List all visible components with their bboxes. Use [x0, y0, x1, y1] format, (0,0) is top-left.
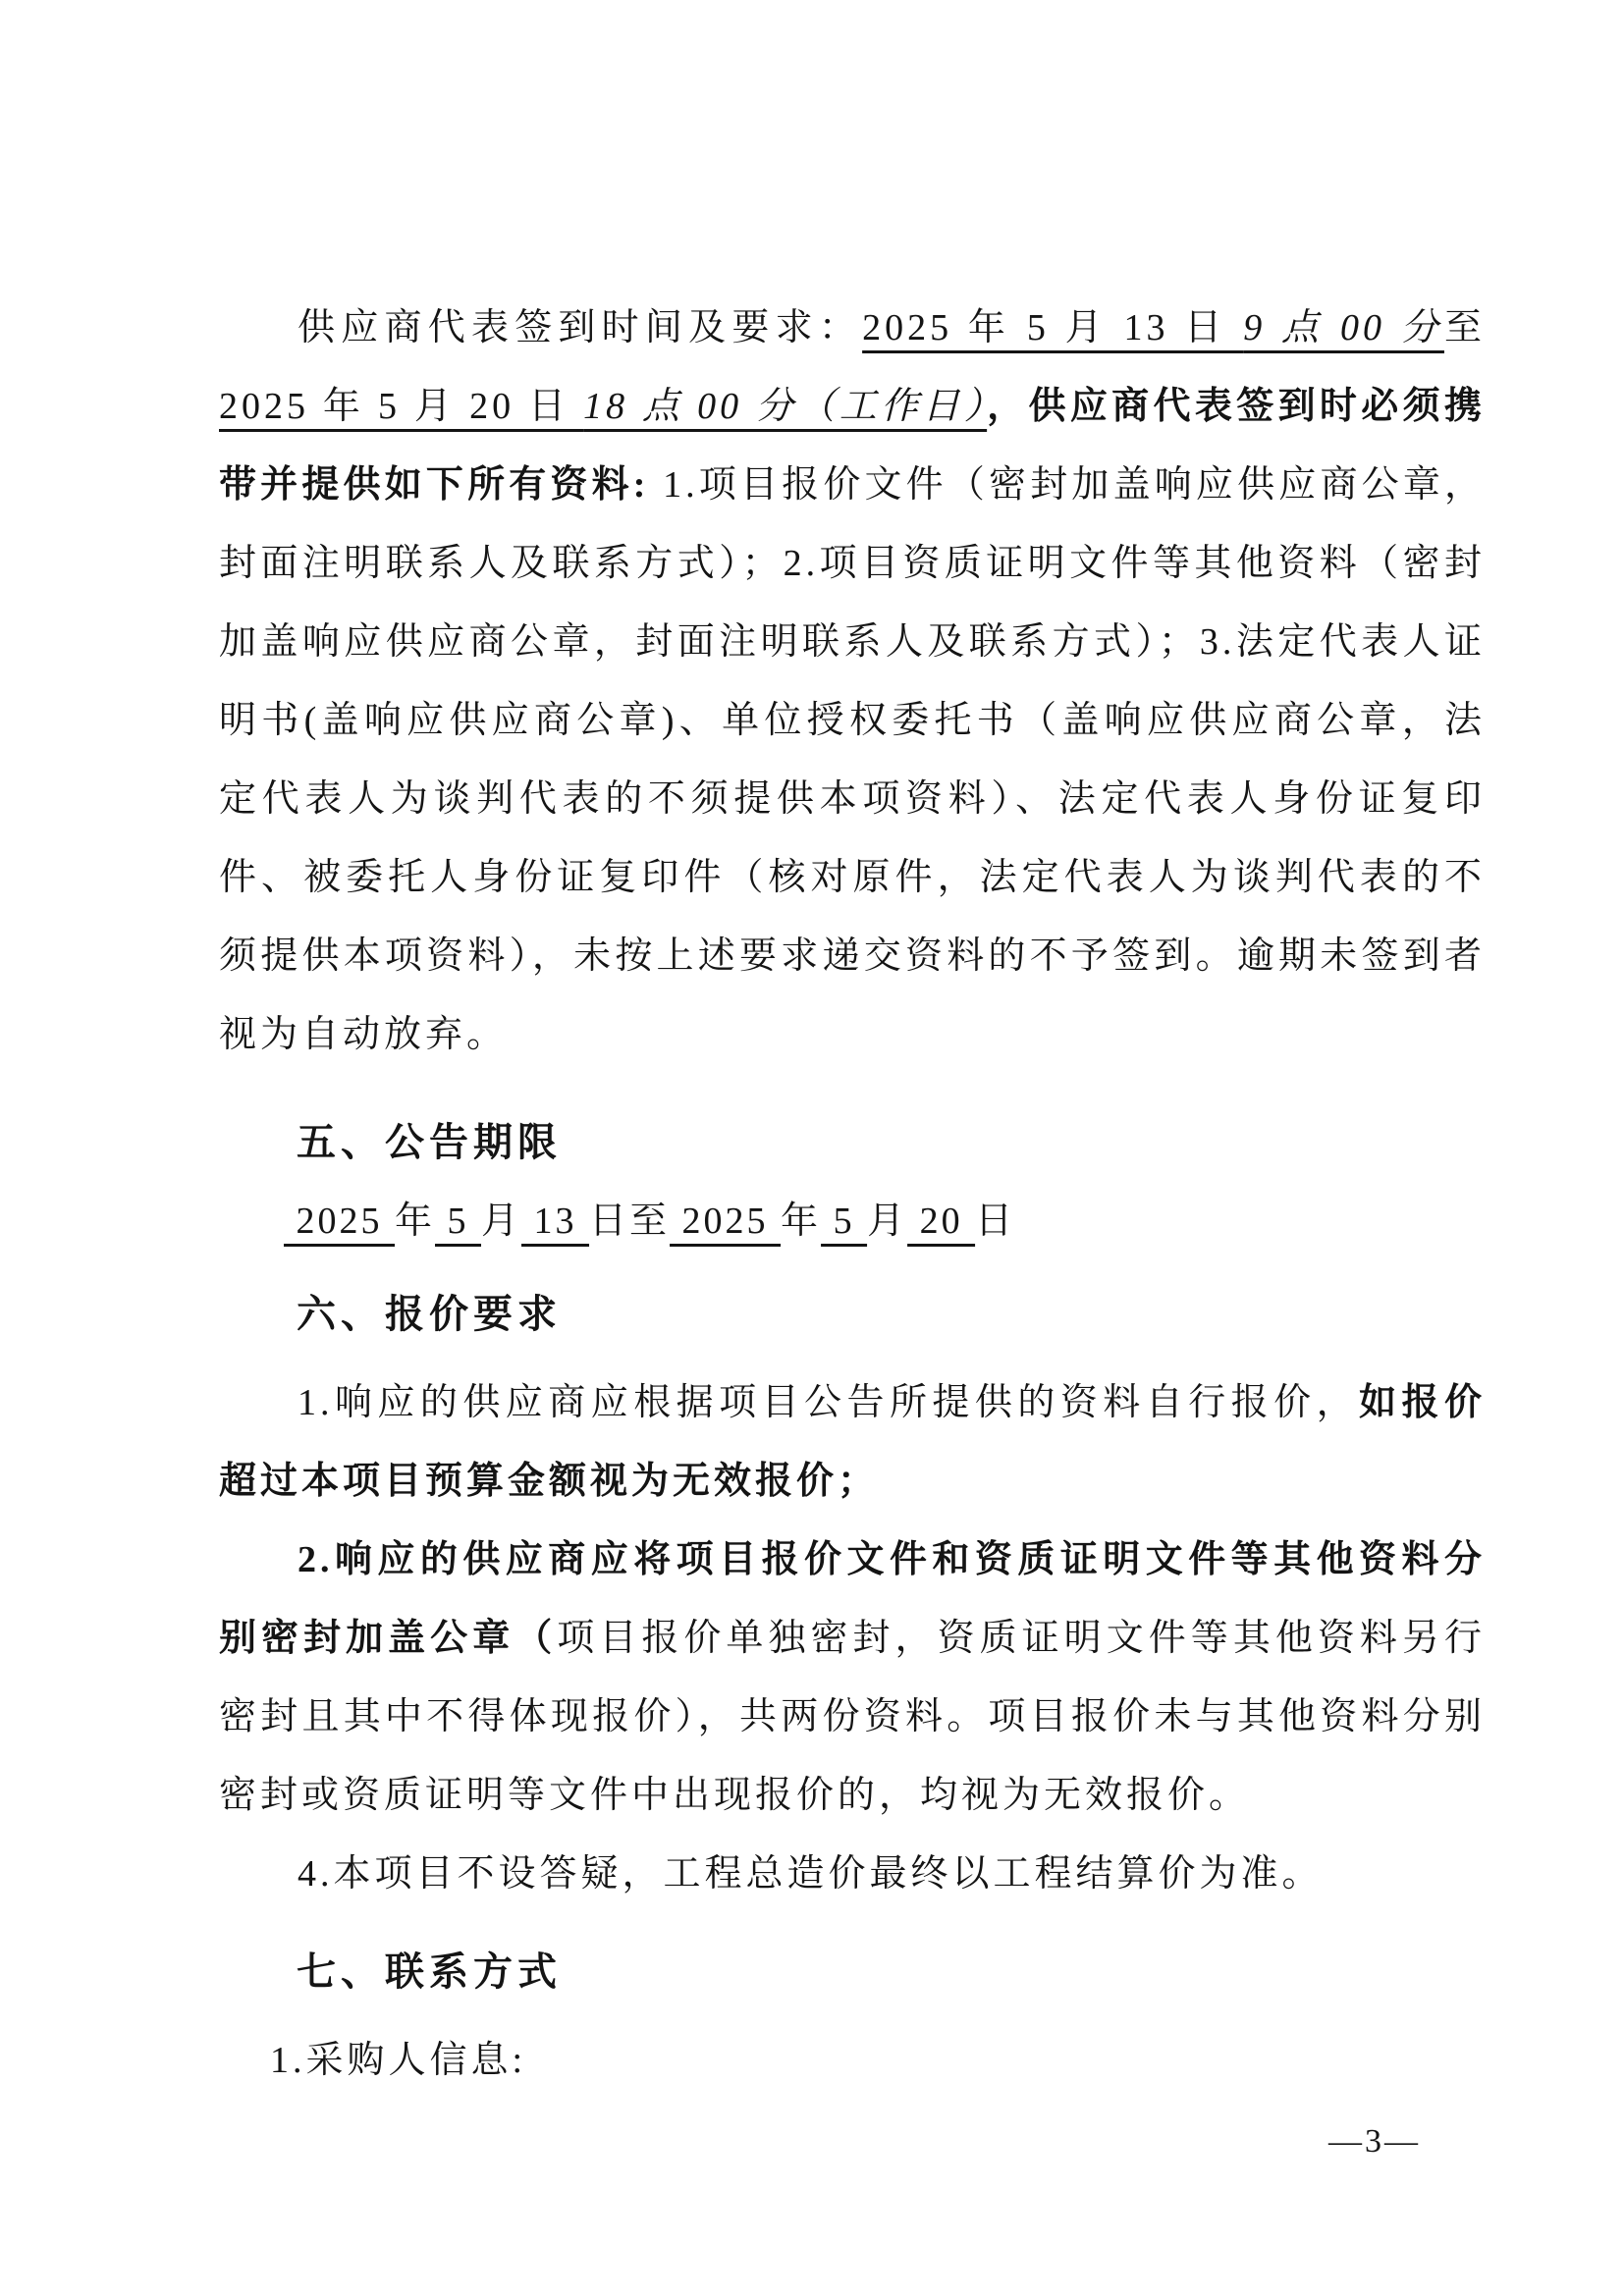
text-run: 1.响应的供应商应根据项目公告所提供的资料自行报价， — [298, 1382, 1359, 1423]
text-run: 供应商代表签到时间及要求： — [298, 307, 862, 348]
text-run: 1.项目报价文件（密封加盖响应供应商公章，封面注明联系人及联系方式）；2.项目资… — [219, 464, 1486, 1055]
text-run: 2025 年 5 月 13 日 — [862, 307, 1243, 348]
text-run: 20 — [907, 1201, 975, 1242]
text-run: 日至 — [589, 1201, 670, 1242]
paragraph-quotation-item1: 1.响应的供应商应根据项目公告所提供的资料自行报价，如报价超过本项目预算金额视为… — [219, 1363, 1486, 1521]
paragraph-signin-requirements: 供应商代表签到时间及要求：2025 年 5 月 13 日 9 点 00 分至20… — [219, 289, 1486, 1074]
section-heading-contact-info: 七、联系方式 — [219, 1933, 1486, 2011]
section-heading-announcement-period: 五、公告期限 — [219, 1103, 1486, 1182]
text-run: 日 — [975, 1201, 1015, 1242]
document-page: 供应商代表签到时间及要求：2025 年 5 月 13 日 9 点 00 分至20… — [0, 0, 1624, 2296]
text-run: 年 — [395, 1201, 435, 1242]
document-content: 供应商代表签到时间及要求：2025 年 5 月 13 日 9 点 00 分至20… — [219, 289, 1486, 2100]
text-run: 至 — [1444, 307, 1486, 348]
page-number: —3— — [1328, 2112, 1421, 2171]
text-run: 2025 年 5 月 20 日 — [219, 386, 583, 427]
announcement-period-dates: 2025 年 5 月 13 日至 2025 年 5 月 20 日 — [219, 1182, 1486, 1260]
purchaser-info-label: 1.采购人信息: — [219, 2021, 1486, 2100]
text-run: 月 — [481, 1201, 521, 1242]
text-run: 4.本项目不设答疑，工程总造价最终以工程结算价为准。 — [298, 1853, 1324, 1895]
text-run: 月 — [867, 1201, 907, 1242]
paragraph-quotation-item2: 2.响应的供应商应将项目报价文件和资质证明文件等其他资料分别密封加盖公章（项目报… — [219, 1521, 1486, 1835]
paragraph-quotation-item4: 4.本项目不设答疑，工程总造价最终以工程结算价为准。 — [219, 1835, 1486, 1913]
text-run: 年 — [781, 1201, 821, 1242]
text-run: 5 — [435, 1201, 481, 1242]
text-run: 9 点 00 分 — [1243, 307, 1444, 348]
section-heading-quotation-requirements: 六、报价要求 — [219, 1275, 1486, 1354]
text-run: 13 — [521, 1201, 589, 1242]
text-run: 2025 — [284, 1201, 395, 1242]
text-run: 18 点 00 分（工作日） — [583, 386, 987, 427]
text-run: 5 — [821, 1201, 867, 1242]
text-run: 2025 — [670, 1201, 781, 1242]
